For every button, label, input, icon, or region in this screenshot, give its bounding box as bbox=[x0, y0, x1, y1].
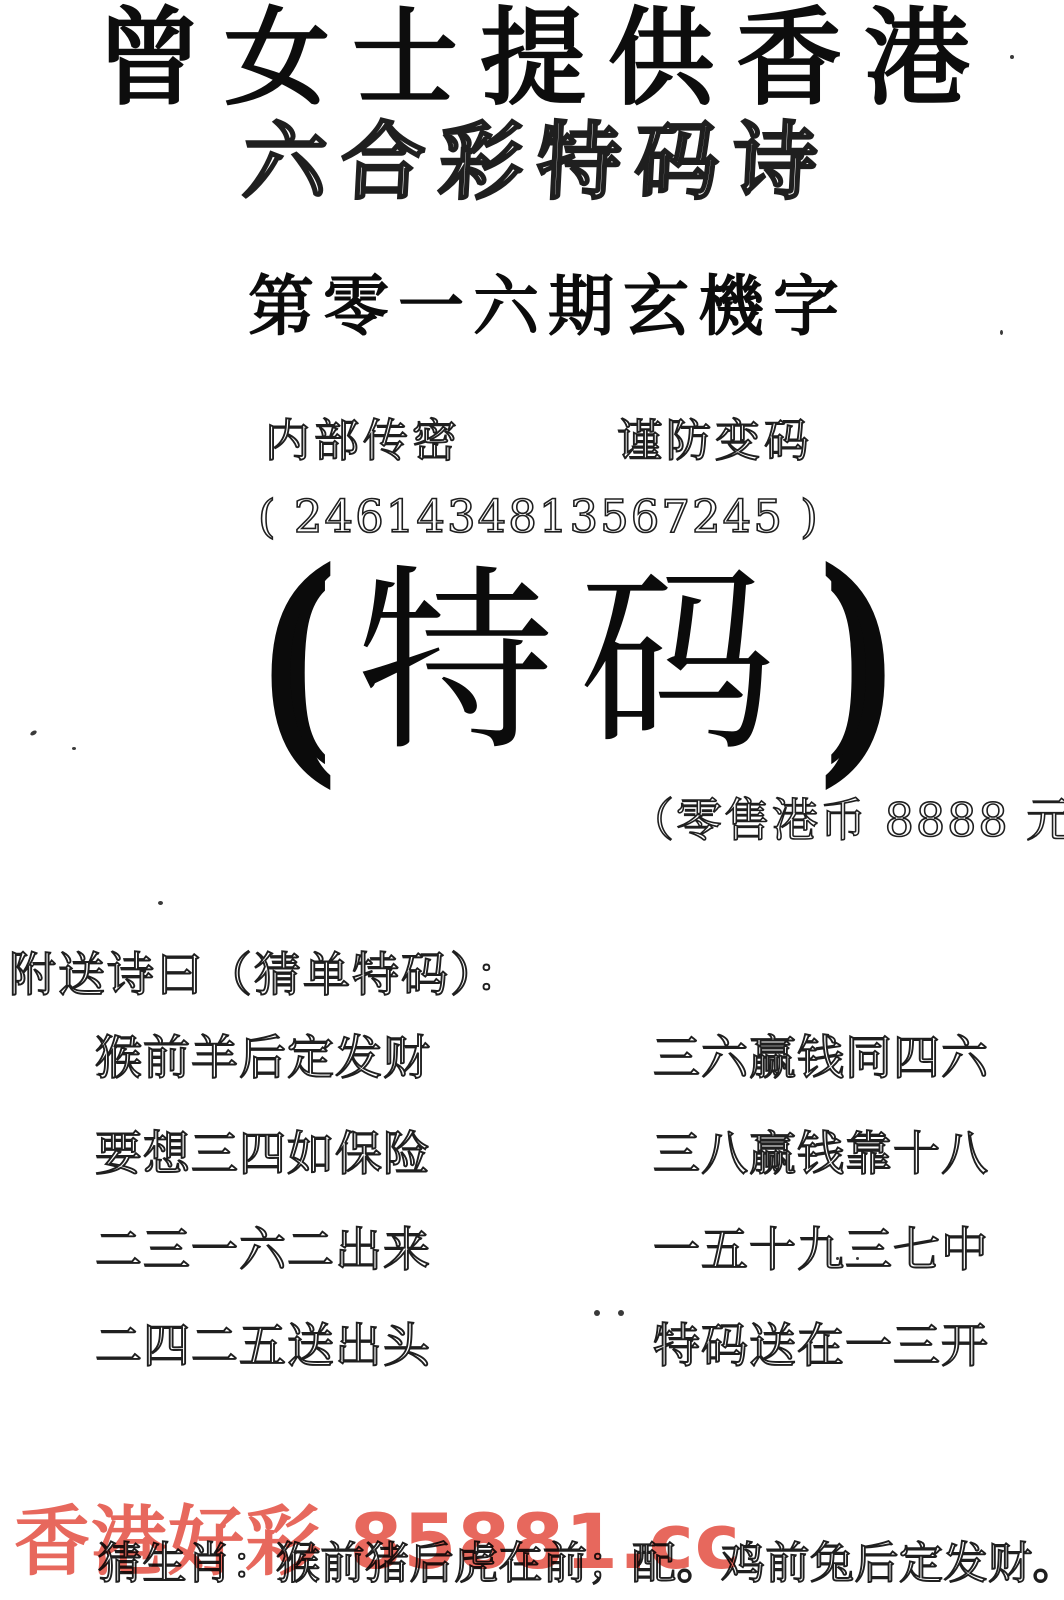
scan-speck bbox=[1000, 330, 1003, 335]
scan-speck bbox=[856, 1257, 859, 1260]
series-title: 六合彩特码诗 bbox=[241, 116, 834, 208]
scan-speck bbox=[72, 747, 76, 750]
poem-line: 猴前羊后定发财 bbox=[95, 1032, 431, 1128]
scan-speck bbox=[594, 1310, 600, 1316]
poem-line: 特码送在一三开 bbox=[653, 1320, 989, 1416]
poem-line: 二四二五送出头 bbox=[95, 1320, 431, 1416]
issue-heading: 第零一六期玄機字 bbox=[248, 272, 848, 341]
site-watermark: 香港好彩 85881.cc bbox=[14, 1500, 741, 1584]
scan-speck bbox=[1010, 55, 1014, 59]
secret-code-line: ( 2461434813567245 ) bbox=[258, 492, 820, 542]
poem-heading: 附送诗曰（猜单特码）： bbox=[9, 948, 525, 1004]
scan-speck bbox=[158, 901, 163, 905]
notice-internal: 内部传密 bbox=[265, 416, 461, 466]
poem-column-right: 三六赢钱同四六 三八赢钱靠十八 一五十九三七中 特码送在一三开 bbox=[653, 1032, 989, 1416]
poem-line: 二三一六二出来 bbox=[95, 1224, 431, 1320]
scan-speck bbox=[836, 1257, 839, 1260]
special-open-paren: ( ( bbox=[255, 563, 340, 763]
price-note: （零售港币 8888 元整） bbox=[628, 794, 1064, 847]
special-open-paren-echo: ( bbox=[279, 585, 335, 745]
poem-line: 一五十九三七中 bbox=[653, 1224, 989, 1320]
poem-column-left: 猴前羊后定发财 要想三四如保险 二三一六二出来 二四二五送出头 bbox=[95, 1032, 431, 1416]
special-close-paren-echo: ) bbox=[821, 585, 877, 745]
special-code-banner: ( ( 特码 ) ) bbox=[238, 548, 906, 778]
notice-beware: 谨防变码 bbox=[617, 416, 813, 466]
scan-speck bbox=[618, 1310, 624, 1316]
special-close-paren: ) ) bbox=[817, 563, 902, 763]
special-code-text: 特码 bbox=[356, 562, 800, 764]
poem-line: 要想三四如保险 bbox=[95, 1128, 431, 1224]
provider-title: 曾女士提供香港 bbox=[96, 2, 992, 113]
poem-line: 三八赢钱靠十八 bbox=[653, 1128, 989, 1224]
scan-speck bbox=[29, 730, 37, 737]
scanned-lottery-flyer: 曾女士提供香港 六合彩特码诗 第零一六期玄機字 内部传密 谨防变码 ( 2461… bbox=[0, 0, 1064, 1600]
notices-row: 内部传密 谨防变码 bbox=[265, 416, 813, 466]
poem-line: 三六赢钱同四六 bbox=[653, 1032, 989, 1128]
